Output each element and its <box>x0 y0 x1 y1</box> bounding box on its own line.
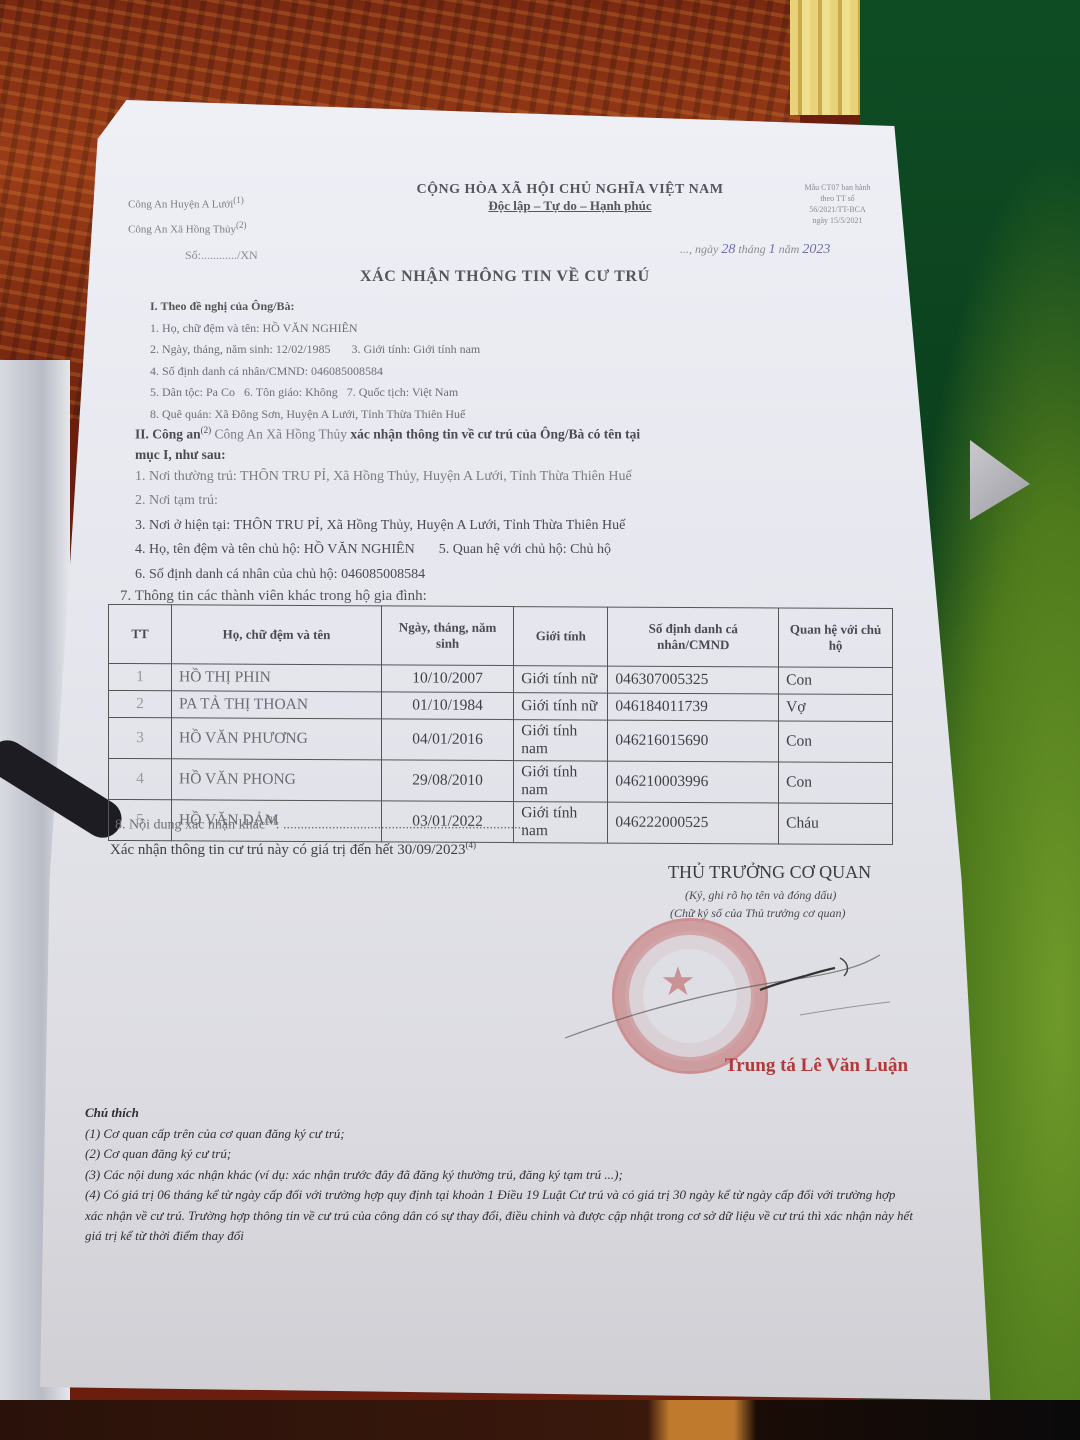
cell-gender: Giới tính nam <box>514 720 608 761</box>
parent-agency: Công An Huyện A Lưới(1) <box>128 190 246 215</box>
background-floor <box>0 1400 1080 1440</box>
cell-dob: 04/01/2016 <box>382 719 514 761</box>
document-title: XÁC NHẬN THÔNG TIN VỀ CƯ TRÚ <box>360 268 650 286</box>
members-heading: 7. Thông tin các thành viên khác trong h… <box>120 588 427 605</box>
cell-gender: Giới tính nữ <box>514 693 608 720</box>
validity-statement: Xác nhận thông tin cư trú này có giá trị… <box>110 840 476 859</box>
footnotes-heading: Chú thích <box>85 1103 915 1124</box>
table-row: 4HỒ VĂN PHONG29/08/2010Giới tính nam0462… <box>109 758 893 803</box>
issuing-agency-block: Công An Huyện A Lưới(1) Công An Xã Hồng … <box>128 190 246 239</box>
cell-relation: Vợ <box>779 694 893 722</box>
cell-gender: Giới tính nữ <box>514 666 608 693</box>
column-header: Họ, chữ đệm và tên <box>172 605 382 665</box>
cell-relation: Cháu <box>779 803 893 845</box>
field-current-residence: 3. Nơi ở hiện tại: THÔN TRU PỈ, Xã Hồng … <box>135 514 855 539</box>
field-full-name: 1. Họ, chữ đệm và tên: HỒ VĂN NGHIÊN <box>150 318 480 340</box>
field-permanent-residence: 1. Nơi thường trú: THÔN TRU PỈ, Xã Hồng … <box>135 465 855 490</box>
cell-gender: Giới tính nam <box>514 761 608 802</box>
signatory-note: (Ký, ghi rõ họ tên và đóng dấu) <box>685 888 836 903</box>
cell-index: 4 <box>109 758 172 799</box>
signatory-title: THỦ TRƯỞNG CƠ QUAN <box>668 862 871 883</box>
signer-name: Trung tá Lê Văn Luận <box>725 1055 908 1077</box>
agency: Công An Xã Hồng Thủy(2) <box>128 215 246 240</box>
table-row: 2PA TẢ THỊ THOAN01/10/1984Giới tính nữ04… <box>109 690 893 721</box>
form-reference: Mẫu CT07 ban hành theo TT số 56/2021/TT-… <box>780 182 895 226</box>
cell-id-number: 046216015690 <box>608 720 779 762</box>
cell-dob: 10/10/2007 <box>382 665 514 693</box>
field-household-head: 4. Họ, tên đệm và tên chủ hộ: HỒ VĂN NGH… <box>135 538 855 563</box>
column-header: Số định danh cá nhân/CMND <box>608 607 779 667</box>
column-header: Ngày, tháng, năm sinh <box>382 606 514 666</box>
column-header: Quan hệ với chủ hộ <box>779 608 893 668</box>
cell-name: PA TẢ THỊ THOAN <box>172 691 382 719</box>
field-ethnicity-religion-nationality: 5. Dân tộc: Pa Co 6. Tôn giáo: Không 7. … <box>150 382 480 404</box>
national-header: CỘNG HÒA XÃ HỘI CHỦ NGHĨA VIỆT NAM Độc l… <box>385 182 755 214</box>
cell-id-number: 046307005325 <box>608 666 779 694</box>
cell-id-number: 046222000525 <box>608 802 779 844</box>
footnotes: Chú thích (1) Cơ quan cấp trên của cơ qu… <box>85 1103 915 1247</box>
cell-name: HỒ VĂN PHONG <box>172 759 382 801</box>
background-rope <box>790 0 860 115</box>
document-date: ..., ngày 28 tháng 1 năm 2023 <box>680 242 830 258</box>
column-header: Giới tính <box>514 607 608 666</box>
column-header: TT <box>109 604 172 663</box>
other-confirmation-content: 8. Nội dung xác nhận khác(3): ..........… <box>115 815 528 834</box>
footnote-item: (2) Cơ quan đăng ký cư trú; <box>85 1144 915 1165</box>
footnote-item: (1) Cơ quan cấp trên của cơ quan đăng ký… <box>85 1124 915 1145</box>
cell-index: 1 <box>109 663 172 690</box>
cell-dob: 29/08/2010 <box>382 760 514 802</box>
field-dob-gender: 2. Ngày, tháng, năm sinh: 12/02/1985 3. … <box>150 339 480 361</box>
cell-name: HỒ THỊ PHIN <box>172 664 382 692</box>
national-motto: Độc lập – Tự do – Hạnh phúc <box>385 198 755 214</box>
field-id: 4. Số định danh cá nhân/CMND: 0460850085… <box>150 361 480 383</box>
document-number: Số:............/XN <box>185 248 258 263</box>
signature-mark <box>560 950 890 1040</box>
footnote-item: (4) Có giá trị 06 tháng kể từ ngày cấp đ… <box>85 1185 915 1247</box>
household-members-table: TT Họ, chữ đệm và tên Ngày, tháng, năm s… <box>108 604 893 845</box>
cell-dob: 01/10/1984 <box>382 692 514 720</box>
footnote-item: (3) Các nội dung xác nhận khác (ví dụ: x… <box>85 1165 915 1186</box>
field-household-head-id: 6. Số định danh cá nhân của chủ hộ: 0460… <box>135 563 855 588</box>
cell-id-number: 046210003996 <box>608 761 779 803</box>
cell-id-number: 046184011739 <box>608 693 779 721</box>
field-temporary-residence: 2. Nơi tạm trú: <box>135 489 855 514</box>
section-applicant: I. Theo đề nghị của Ông/Bà: 1. Họ, chữ đ… <box>150 296 480 425</box>
table-row: 1HỒ THỊ PHIN10/10/2007Giới tính nữ046307… <box>109 663 893 694</box>
cell-relation: Con <box>779 667 893 695</box>
cell-relation: Con <box>779 721 893 763</box>
table-row: 3HỒ VĂN PHƯƠNG04/01/2016Giới tính nam046… <box>109 717 893 762</box>
table-header-row: TT Họ, chữ đệm và tên Ngày, tháng, năm s… <box>109 604 893 667</box>
section-residence: II. Công an(2) Công An Xã Hồng Thủy xác … <box>135 420 855 587</box>
cell-name: HỒ VĂN PHƯƠNG <box>172 718 382 760</box>
section-2-heading: II. Công an(2) Công An Xã Hồng Thủy xác … <box>135 420 855 445</box>
cell-index: 2 <box>109 690 172 717</box>
cell-relation: Con <box>779 762 893 804</box>
cell-index: 3 <box>109 717 172 758</box>
country-name: CỘNG HÒA XÃ HỘI CHỦ NGHĨA VIỆT NAM <box>385 182 755 198</box>
section-1-heading: I. Theo đề nghị của Ông/Bà: <box>150 296 480 318</box>
